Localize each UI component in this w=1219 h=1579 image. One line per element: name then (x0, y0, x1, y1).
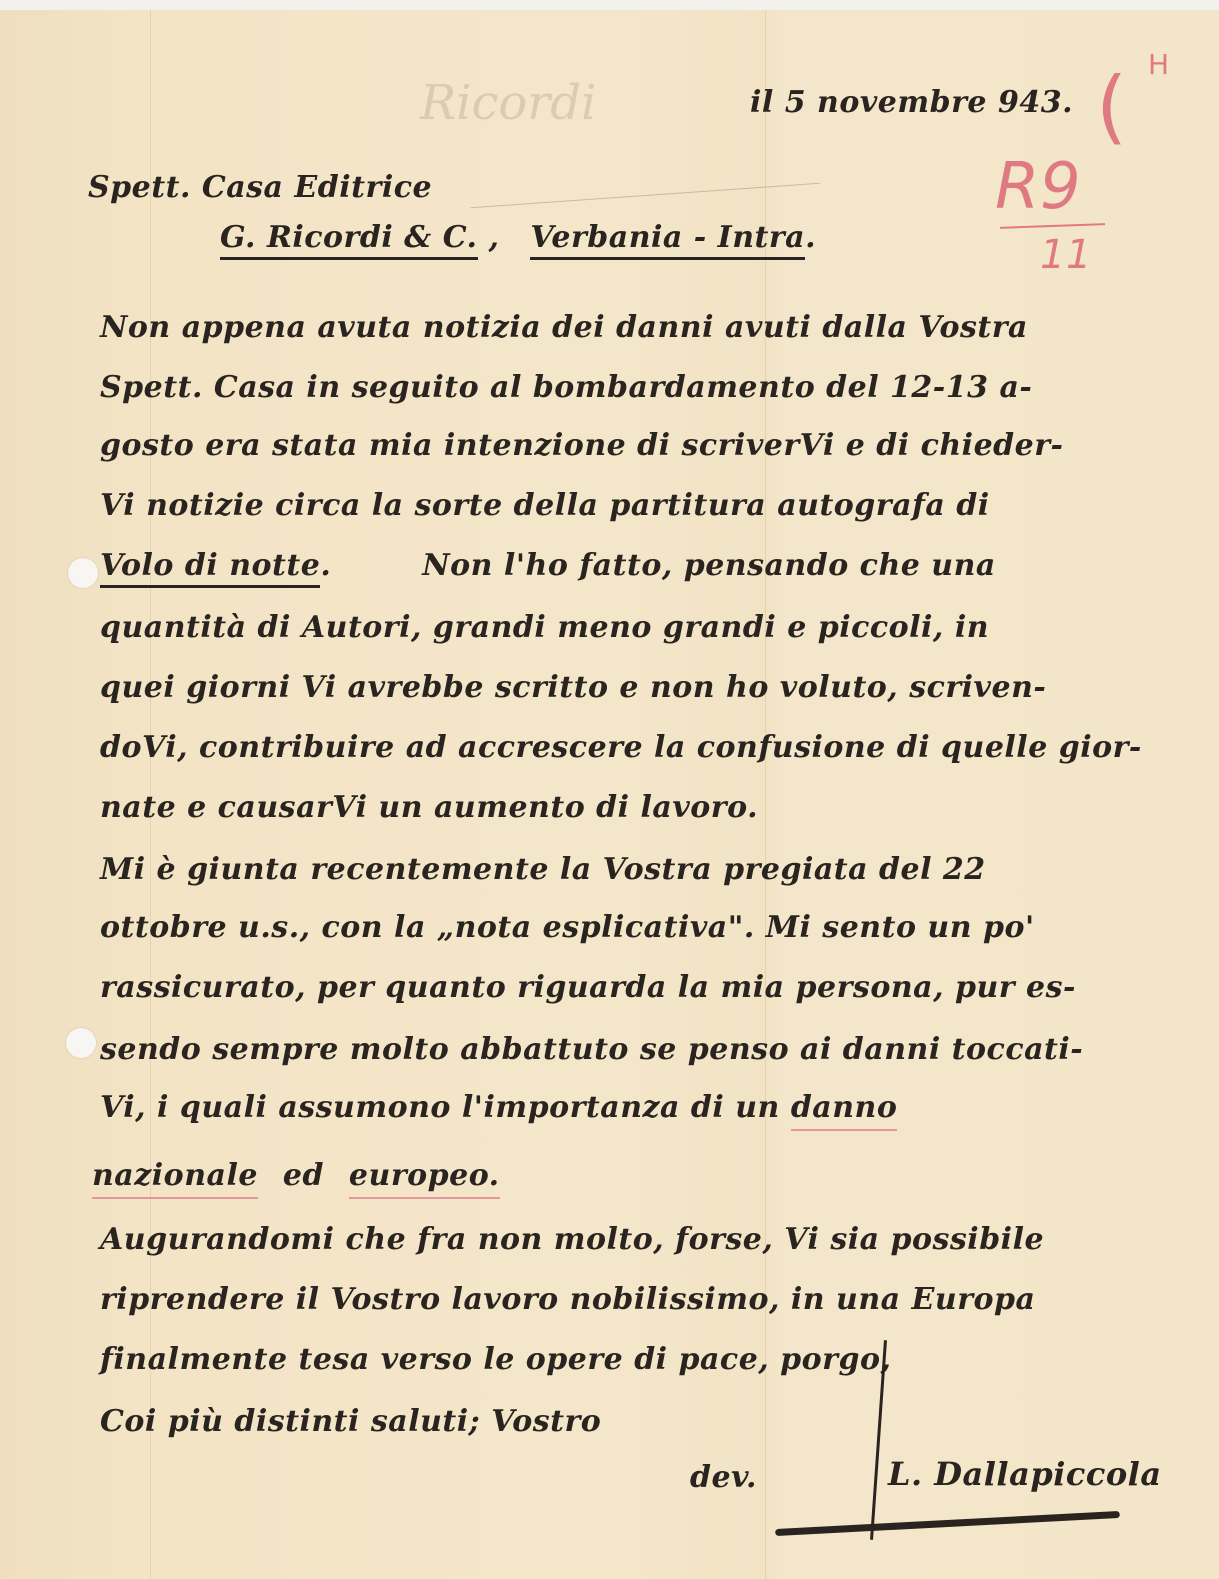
body-line-13: sendo sempre molto abbattuto se penso ai… (100, 1032, 1083, 1067)
signature-underline (775, 1511, 1120, 1536)
body-line-11: ottobre u.s., con la „nota esplicativa".… (100, 910, 1035, 945)
body-line-14: Vi, i quali assumono l'importanza di un … (100, 1090, 897, 1125)
pencil-scribble: Ricordi (420, 75, 596, 131)
punch-hole (66, 1028, 96, 1058)
body-line-2: Spett. Casa in seguito al bombardamento … (100, 370, 1032, 405)
body-line-19: Coi più distinti saluti; Vostro (100, 1404, 601, 1439)
closing-dev: dev. (690, 1460, 757, 1495)
body-line-3: gosto era stata mia intenzione di scrive… (100, 428, 1063, 463)
body-line-5: Volo di notte. Non l'ho fatto, pensando … (100, 548, 996, 583)
body-line-15: nazionale ed europeo. (92, 1158, 500, 1193)
underlined-nazionale: nazionale (92, 1158, 258, 1199)
annotation-mark-h: H (1148, 48, 1170, 81)
annotation-bracket: ( (1096, 60, 1128, 153)
body-line-10: Mi è giunta recentemente la Vostra pregi… (100, 852, 986, 887)
letter-page: Ricordi H ( R9 11 il 5 novembre 943. Spe… (0, 10, 1219, 1579)
letter-date: il 5 novembre 943. (750, 85, 1073, 120)
pencil-line (470, 183, 819, 208)
body-line-18: finalmente tesa verso le opere di pace, … (100, 1342, 891, 1377)
underlined-danno: danno (791, 1090, 898, 1131)
body-line-7: quei giorni Vi avrebbe scritto e non ho … (100, 670, 1046, 705)
reference-mark-top: R9 (995, 150, 1081, 224)
recipient-name: G. Ricordi & C. (220, 220, 478, 260)
body-line-16: Augurandomi che fra non molto, forse, Vi… (100, 1222, 1044, 1257)
address-comma: , (488, 220, 499, 255)
signature: L. Dallapiccola (888, 1455, 1162, 1493)
punch-hole (68, 558, 98, 588)
body-line-4: Vi notizie circa la sorte della partitur… (100, 488, 990, 523)
work-title: Volo di notte (100, 548, 320, 588)
body-line-1: Non appena avuta notizia dei danni avuti… (100, 310, 1028, 345)
body-line-12: rassicurato, per quanto riguarda la mia … (100, 970, 1076, 1005)
address-line-2: G. Ricordi & C. , Verbania - Intra. (220, 220, 816, 255)
underlined-europeo: europeo. (349, 1158, 500, 1199)
body-line-8: doVi, contribuire ad accrescere la confu… (100, 730, 1142, 765)
recipient-location: Verbania - Intra (530, 220, 805, 260)
reference-mark-bottom: 11 (1040, 232, 1092, 278)
body-line-9: nate e causarVi un aumento di lavoro. (100, 790, 758, 825)
body-line-17: riprendere il Vostro lavoro nobilissimo,… (100, 1282, 1035, 1317)
address-period: . (805, 220, 816, 255)
body-line-6: quantità di Autori, grandi meno grandi e… (100, 610, 989, 645)
reference-mark-divider (1000, 223, 1105, 229)
address-line-1: Spett. Casa Editrice (88, 170, 432, 205)
